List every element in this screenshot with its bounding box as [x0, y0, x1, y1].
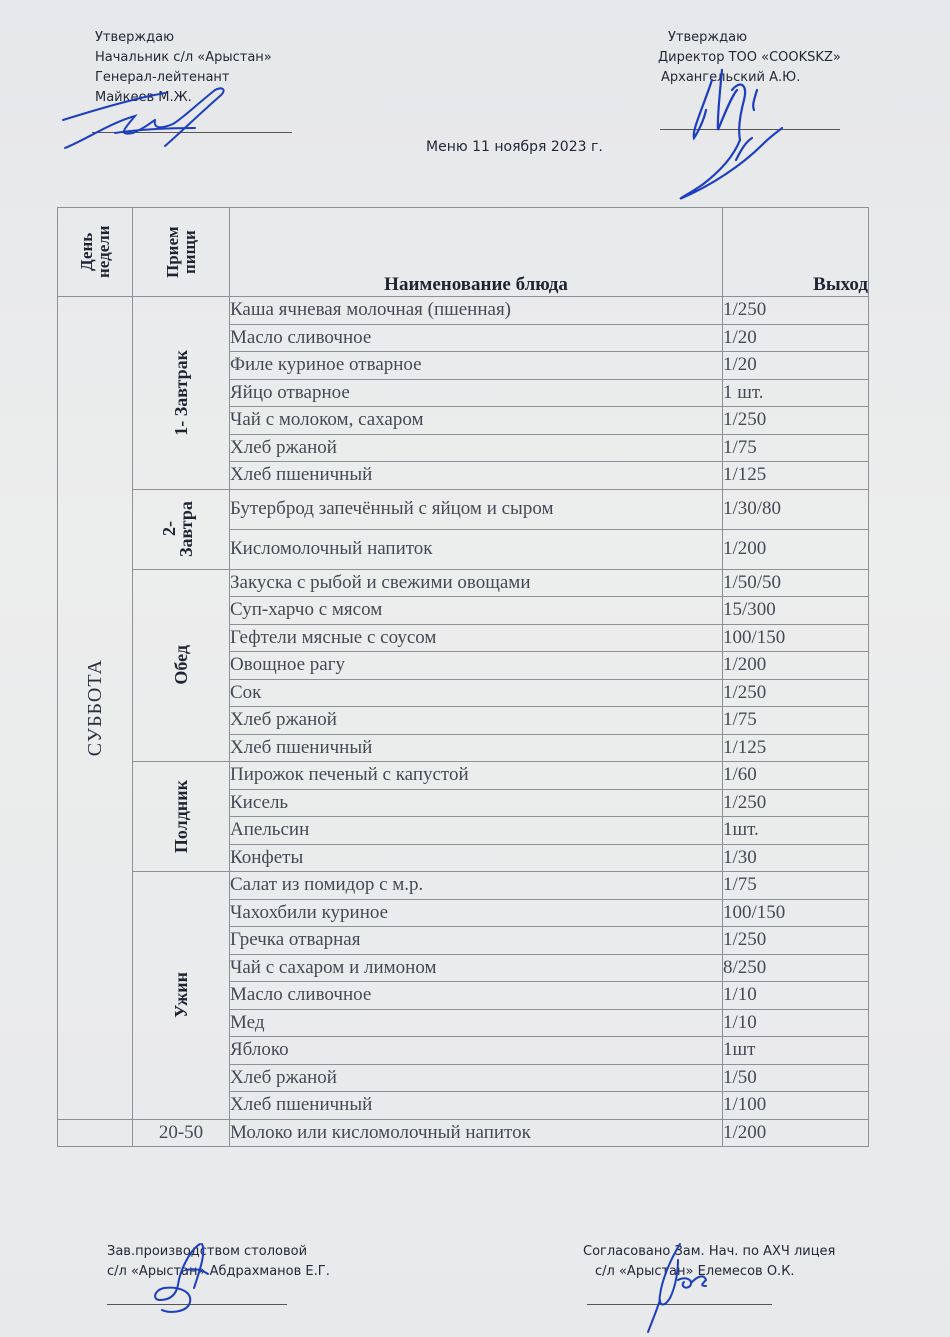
dish-name: Масло сливочное [230, 324, 723, 352]
approval-block-right: Утверждаю Директор ТОО «COOKSKZ» Арханге… [658, 28, 841, 88]
dish-name: Гефтели мясные с соусом [230, 624, 723, 652]
header-day: День недели [58, 208, 133, 297]
signature-line [660, 129, 840, 130]
approval-rank: Генерал-лейтенант [95, 68, 272, 88]
footer-name: с/л «Арыстан» Абдрахманов Е.Г. [107, 1262, 330, 1282]
dish-name: Каша ячневая молочная (пшенная) [230, 297, 723, 325]
dish-output: 1/10 [723, 1009, 869, 1037]
dish-name: Кисель [230, 789, 723, 817]
dish-output: 1/20 [723, 352, 869, 380]
dish-output: 1/30 [723, 844, 869, 872]
dish-name: Хлеб пшеничный [230, 1092, 723, 1120]
table-row: УжинСалат из помидор с м.р.1/75 [58, 872, 869, 900]
dish-name: Овощное рагу [230, 652, 723, 680]
dish-output: 1/50 [723, 1064, 869, 1092]
dish-name: Хлеб ржаной [230, 434, 723, 462]
dish-output: 100/150 [723, 624, 869, 652]
dish-name: Мед [230, 1009, 723, 1037]
approval-position: Директор ТОО «COOKSKZ» [658, 48, 841, 68]
meal-cell: 2- Завтра [133, 489, 230, 569]
approval-label: Утверждаю [658, 28, 841, 48]
dish-name: Кисломолочный напиток [230, 529, 723, 569]
dish-output: 100/150 [723, 899, 869, 927]
document-title: Меню 11 ноября 2023 г. [426, 139, 603, 155]
header-dish: Наименование блюда [230, 208, 723, 297]
empty-day-cell [58, 1119, 133, 1147]
dish-output: 8/250 [723, 954, 869, 982]
dish-output: 1/30/80 [723, 489, 869, 529]
dish-output: 1/75 [723, 434, 869, 462]
table-row: СУББОТА1- ЗавтракКаша ячневая молочная (… [58, 297, 869, 325]
table-row: ПолдникПирожок печеный с капустой1/60 [58, 762, 869, 790]
dish-name: Молоко или кисломолочный напиток [230, 1119, 723, 1147]
dish-name: Гречка отварная [230, 927, 723, 955]
dish-output: 1/200 [723, 652, 869, 680]
approval-name: Майкеев М.Ж. [95, 88, 272, 108]
dish-output: 1/125 [723, 462, 869, 490]
footer-name: с/л «Арыстан» Елемесов О.К. [583, 1262, 835, 1282]
dish-output: 1/75 [723, 707, 869, 735]
dish-output: 1шт [723, 1037, 869, 1065]
header-meal: Прием пищи [133, 208, 230, 297]
table-header-row: День недели Прием пищи Наименование блюд… [58, 208, 869, 297]
dish-name: Пирожок печеный с капустой [230, 762, 723, 790]
day-cell: СУББОТА [58, 297, 133, 1120]
dish-output: 1/100 [723, 1092, 869, 1120]
signature-line [92, 132, 292, 133]
meal-cell: Полдник [133, 762, 230, 872]
dish-name: Апельсин [230, 817, 723, 845]
dish-name: Яблоко [230, 1037, 723, 1065]
dish-name: Чай с молоком, сахаром [230, 407, 723, 435]
dish-name: Хлеб ржаной [230, 1064, 723, 1092]
dish-output: 1/250 [723, 927, 869, 955]
dish-output: 1/250 [723, 407, 869, 435]
meal-cell: Обед [133, 569, 230, 762]
late-snack-time: 20-50 [133, 1119, 230, 1147]
signature-line [587, 1304, 772, 1305]
dish-name: Конфеты [230, 844, 723, 872]
dish-output: 1/250 [723, 297, 869, 325]
dish-output: 15/300 [723, 597, 869, 625]
dish-output: 1/50/50 [723, 569, 869, 597]
approval-position: Начальник с/л «Арыстан» [95, 48, 272, 68]
dish-name: Сок [230, 679, 723, 707]
dish-name: Масло сливочное [230, 982, 723, 1010]
dish-output: 1/60 [723, 762, 869, 790]
dish-name: Чай с сахаром и лимоном [230, 954, 723, 982]
dish-name: Суп-харчо с мясом [230, 597, 723, 625]
menu-table: День недели Прием пищи Наименование блюд… [57, 207, 869, 1147]
dish-output: 1/10 [723, 982, 869, 1010]
approval-label: Утверждаю [95, 28, 272, 48]
dish-output: 1/250 [723, 789, 869, 817]
dish-name: Хлеб ржаной [230, 707, 723, 735]
dish-name: Салат из помидор с м.р. [230, 872, 723, 900]
table-row: ОбедЗакуска с рыбой и свежими овощами1/5… [58, 569, 869, 597]
dish-output: 1/200 [723, 529, 869, 569]
dish-name: Хлеб пшеничный [230, 462, 723, 490]
table-row: 2- ЗавтраБутерброд запечённый с яйцом и … [58, 489, 869, 529]
dish-output: 1/200 [723, 1119, 869, 1147]
dish-output: 1 шт. [723, 379, 869, 407]
dish-name: Филе куриное отварное [230, 352, 723, 380]
footer-block-left: Зав.производством столовой с/л «Арыстан»… [107, 1242, 330, 1282]
dish-output: 1/75 [723, 872, 869, 900]
footer-position: Зав.производством столовой [107, 1242, 330, 1262]
dish-name: Хлеб пшеничный [230, 734, 723, 762]
approval-name: Архангельский А.Ю. [658, 68, 841, 88]
dish-name: Чахохбили куриное [230, 899, 723, 927]
signature-line [107, 1304, 287, 1305]
footer-position: Согласовано Зам. Нач. по АХЧ лицея [583, 1242, 835, 1262]
dish-name: Яйцо отварное [230, 379, 723, 407]
table-row-late-snack: 20-50Молоко или кисломолочный напиток1/2… [58, 1119, 869, 1147]
dish-output: 1/20 [723, 324, 869, 352]
meal-cell: Ужин [133, 872, 230, 1120]
dish-output: 1/125 [723, 734, 869, 762]
dish-output: 1/250 [723, 679, 869, 707]
footer-block-right: Согласовано Зам. Нач. по АХЧ лицея с/л «… [583, 1242, 835, 1282]
meal-cell: 1- Завтрак [133, 297, 230, 490]
dish-name: Бутерброд запечённый с яйцом и сыром [230, 489, 723, 529]
dish-name: Закуска с рыбой и свежими овощами [230, 569, 723, 597]
approval-block-left: Утверждаю Начальник с/л «Арыстан» Генера… [95, 28, 272, 108]
header-output: Выход [723, 208, 869, 297]
dish-output: 1шт. [723, 817, 869, 845]
